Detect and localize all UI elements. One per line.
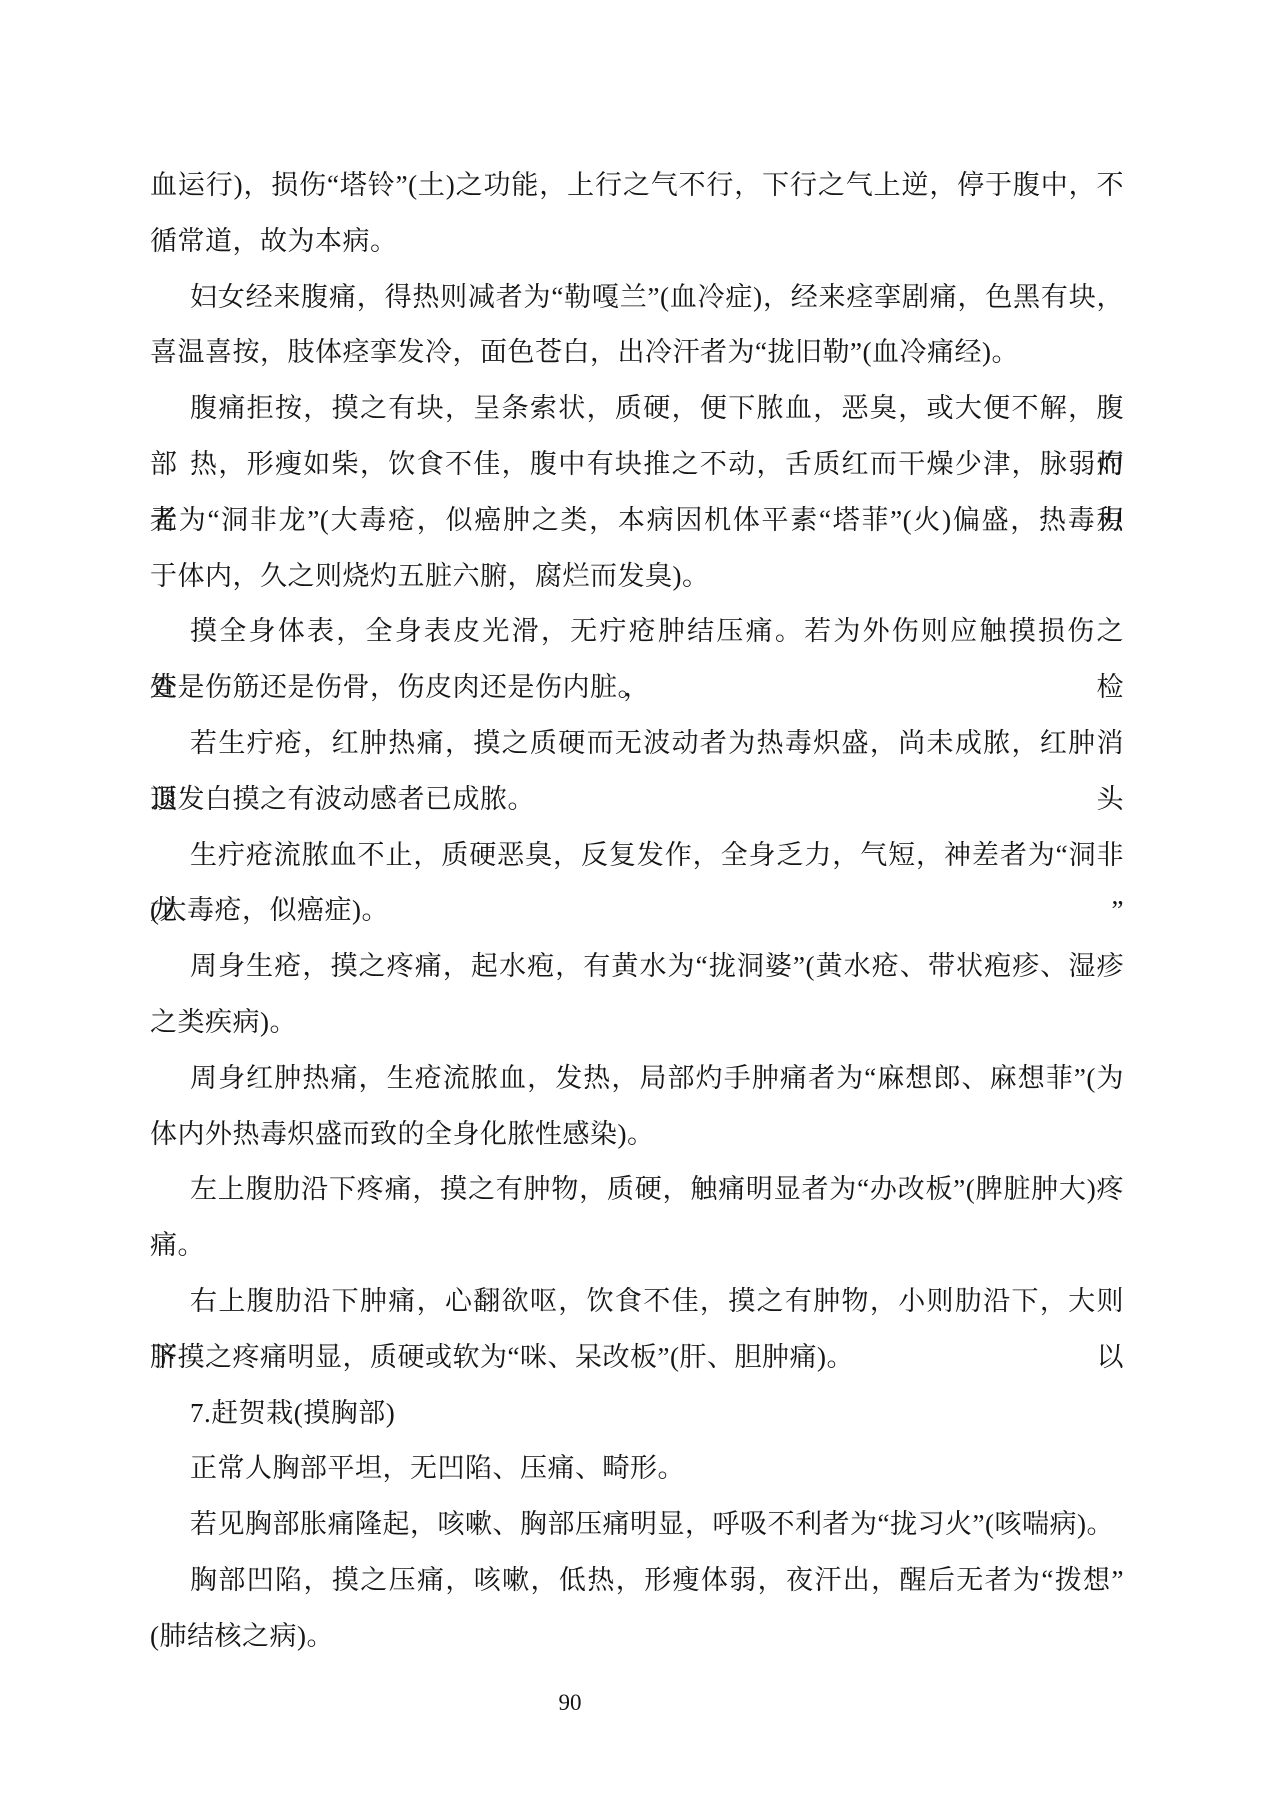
text-line: 腹痛拒按，摸之有块，呈条索状，质硬，便下脓血，恶臭，或大便不解，腹部灼 (150, 381, 1124, 437)
text-line: 周身生疮，摸之疼痛，起水疱，有黄水为“拢洞婆”(黄水疮、带状疱疹、湿疹 (150, 939, 1124, 995)
text-line: 体内外热毒炽盛而致的全身化脓性感染)。 (150, 1107, 1124, 1163)
document-page: 血运行)，损伤“塔铃”(土)之功能，上行之气不行，下行之气上逆，停于腹中，不循常… (0, 0, 1274, 1801)
text-line: 7.赶贺栽(摸胸部) (150, 1386, 1124, 1442)
text-line: 循常道，故为本病。 (150, 214, 1124, 270)
page-number: 90 (150, 1690, 990, 1716)
text-line: 痛。 (150, 1218, 1124, 1274)
text-line: 右上腹肋沿下肿痛，心翻欲呕，饮食不佳，摸之有肿物，小则肋沿下，大则脐以 (150, 1274, 1124, 1330)
text-line: 妇女经来腹痛，得热则减者为“勒嘎兰”(血冷症)，经来痉挛剧痛，色黑有块， (150, 270, 1124, 326)
document-body: 血运行)，损伤“塔铃”(土)之功能，上行之气不行，下行之气上逆，停于腹中，不循常… (150, 158, 1124, 1665)
text-line: 生疔疮流脓血不止，质硬恶臭，反复发作，全身乏力，气短，神差者为“洞非龙” (150, 828, 1124, 884)
text-line: 若见胸部胀痛隆起，咳嗽、胸部压痛明显，呼吸不利者为“拢习火”(咳喘病)。 (150, 1497, 1124, 1553)
text-line: (肺结核之病)。 (150, 1609, 1124, 1665)
text-line: 喜温喜按，肢体痉挛发冷，面色苍白，出冷汗者为“拢旧勒”(血冷痛经)。 (150, 325, 1124, 381)
text-line: 于体内，久之则烧灼五脏六腑，腐烂而发臭)。 (150, 549, 1124, 605)
text-line: 之类疾病)。 (150, 995, 1124, 1051)
text-line: 周身红肿热痛，生疮流脓血，发热，局部灼手肿痛者为“麻想郎、麻想菲”(为 (150, 1051, 1124, 1107)
text-line: 者为“洞非龙”(大毒疮，似癌肿之类，本病因机体平素“塔菲”(火)偏盛，热毒积 (150, 493, 1124, 549)
text-line: 胸部凹陷，摸之压痛，咳嗽，低热，形瘦体弱，夜汗出，醒后无者为“拨想” (150, 1553, 1124, 1609)
text-line: 热，形瘦如柴，饮食不佳，腹中有块推之不动，舌质红而干燥少津，脉弱而无力 (150, 437, 1124, 493)
text-line: 左上腹肋沿下疼痛，摸之有肿物，质硬，触痛明显者为“办改板”(脾脏肿大)疼 (150, 1162, 1124, 1218)
text-line: 血运行)，损伤“塔铃”(土)之功能，上行之气不行，下行之气上逆，停于腹中，不 (150, 158, 1124, 214)
text-line: 摸全身体表，全身表皮光滑，无疔疮肿结压痛。若为外伤则应触摸损伤之处，检 (150, 604, 1124, 660)
text-line: 若生疔疮，红肿热痛，摸之质硬而无波动者为热毒炽盛，尚未成脓，红肿消退头 (150, 716, 1124, 772)
text-line: 正常人胸部平坦，无凹陷、压痛、畸形。 (150, 1441, 1124, 1497)
